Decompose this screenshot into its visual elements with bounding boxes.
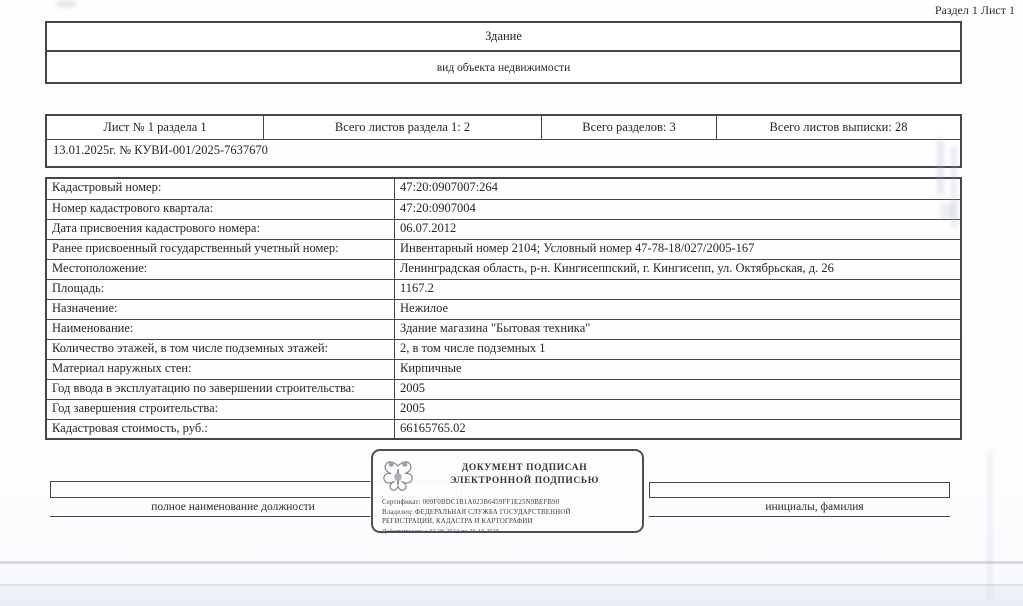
row-value: 66165765.02 — [395, 420, 960, 439]
signature-field-right — [649, 482, 950, 498]
request-number: 13.01.2025г. № КУВИ-001/2025-7637670 — [47, 140, 960, 167]
row-label: Наименование: — [47, 320, 395, 339]
table-row: Площадь:1167.2 — [47, 279, 960, 299]
row-label: Кадастровая стоимость, руб.: — [47, 420, 395, 439]
row-label: Площадь: — [47, 280, 395, 299]
table-row: Кадастровый номер:47:20:0907007:264 — [47, 179, 960, 199]
row-value: 1167.2 — [395, 280, 960, 299]
row-value: 2005 — [395, 400, 960, 419]
row-label: Ранее присвоенный государственный учетны… — [47, 240, 395, 259]
coat-of-arms-icon — [381, 457, 415, 497]
table-row: Количество этажей, в том числе подземных… — [47, 339, 960, 359]
extract-sheets-total-cell: Всего листов выписки: 28 — [717, 116, 960, 139]
stamp-title-line2: ЭЛЕКТРОННОЙ ПОДПИСЬЮ — [415, 475, 634, 488]
name-caption: инициалы, фамилия — [649, 498, 950, 517]
stamp-owner-line1: Владелец: ФЕДЕРАЛЬНАЯ СЛУЖБА ГОСУДАРСТВЕ… — [382, 508, 633, 518]
section-sheets-total-cell: Всего листов раздела 1: 2 — [264, 116, 542, 139]
row-label: Дата присвоения кадастрового номера: — [47, 220, 395, 239]
table-row: Год завершения строительства:2005 — [47, 399, 960, 419]
row-label: Номер кадастрового квартала: — [47, 200, 395, 219]
table-row: Номер кадастрового квартала:47:20:090700… — [47, 199, 960, 219]
scan-smudge — [57, 1, 75, 7]
stamp-certificate: Сертификат: 009F0BDC1B1A023B6459FF1E25N9… — [382, 498, 633, 508]
row-label: Год завершения строительства: — [47, 400, 395, 419]
stamp-owner-line2: РЕГИСТРАЦИИ, КАДАСТРА И КАРТОГРАФИИ — [382, 517, 633, 527]
row-label: Материал наружных стен: — [47, 360, 395, 379]
table-row: Местоположение:Ленинградская область, р-… — [47, 259, 960, 279]
table-row: Год ввода в эксплуатацию по завершении с… — [47, 379, 960, 399]
object-type-caption: вид объекта недвижимости — [47, 52, 960, 83]
attributes-table: Кадастровый номер:47:20:0907007:264 Номе… — [45, 177, 962, 440]
row-label: Год ввода в эксплуатацию по завершении с… — [47, 380, 395, 399]
row-label: Кадастровый номер: — [47, 179, 395, 199]
scan-edge-line — [0, 584, 1023, 586]
row-label: Местоположение: — [47, 260, 395, 279]
scan-smudge — [988, 452, 992, 602]
row-value: Инвентарный номер 2104; Условный номер 4… — [395, 240, 960, 259]
section-sheet-label: Раздел 1 Лист 1 — [935, 3, 1015, 18]
scan-edge-line — [0, 561, 1023, 564]
row-value: 47:20:0907004 — [395, 200, 960, 219]
table-row: Материал наружных стен:Кирпичные — [47, 359, 960, 379]
row-value: 47:20:0907007:264 — [395, 179, 960, 199]
object-type-value: Здание — [47, 23, 960, 52]
row-value: Кирпичные — [395, 360, 960, 379]
table-row: Назначение:Нежилое — [47, 299, 960, 319]
row-label: Количество этажей, в том числе подземных… — [47, 340, 395, 359]
digital-signature-stamp: ДОКУМЕНТ ПОДПИСАН ЭЛЕКТРОННОЙ ПОДПИСЬЮ С… — [371, 449, 644, 533]
sheet-info-table: Лист № 1 раздела 1 Всего листов раздела … — [45, 114, 962, 168]
document-page: Раздел 1 Лист 1 Здание вид объекта недви… — [0, 0, 1023, 606]
table-row: Дата присвоения кадастрового номера:06.0… — [47, 219, 960, 239]
stamp-title-line1: ДОКУМЕНТ ПОДПИСАН — [415, 462, 634, 475]
scan-bottom-band — [0, 586, 1023, 606]
row-value: Здание магазина "Бытовая техника" — [395, 320, 960, 339]
row-value: 06.07.2012 — [395, 220, 960, 239]
sections-total-cell: Всего разделов: 3 — [542, 116, 717, 139]
stamp-validity: Действителен: с 02.08.2024 по 26.10.2025 — [382, 527, 633, 537]
table-row: Кадастровая стоимость, руб.:66165765.02 — [47, 419, 960, 439]
row-value: Ленинградская область, р-н. Кингисеппски… — [395, 260, 960, 279]
row-value: Нежилое — [395, 300, 960, 319]
table-row: Ранее присвоенный государственный учетны… — [47, 239, 960, 259]
table-row: Наименование:Здание магазина "Бытовая те… — [47, 319, 960, 339]
row-value: 2005 — [395, 380, 960, 399]
row-label: Назначение: — [47, 300, 395, 319]
sheet-info-header-row: Лист № 1 раздела 1 Всего листов раздела … — [47, 116, 960, 140]
sheet-number-cell: Лист № 1 раздела 1 — [47, 116, 264, 139]
object-type-table: Здание вид объекта недвижимости — [45, 21, 962, 84]
row-value: 2, в том числе подземных 1 — [395, 340, 960, 359]
